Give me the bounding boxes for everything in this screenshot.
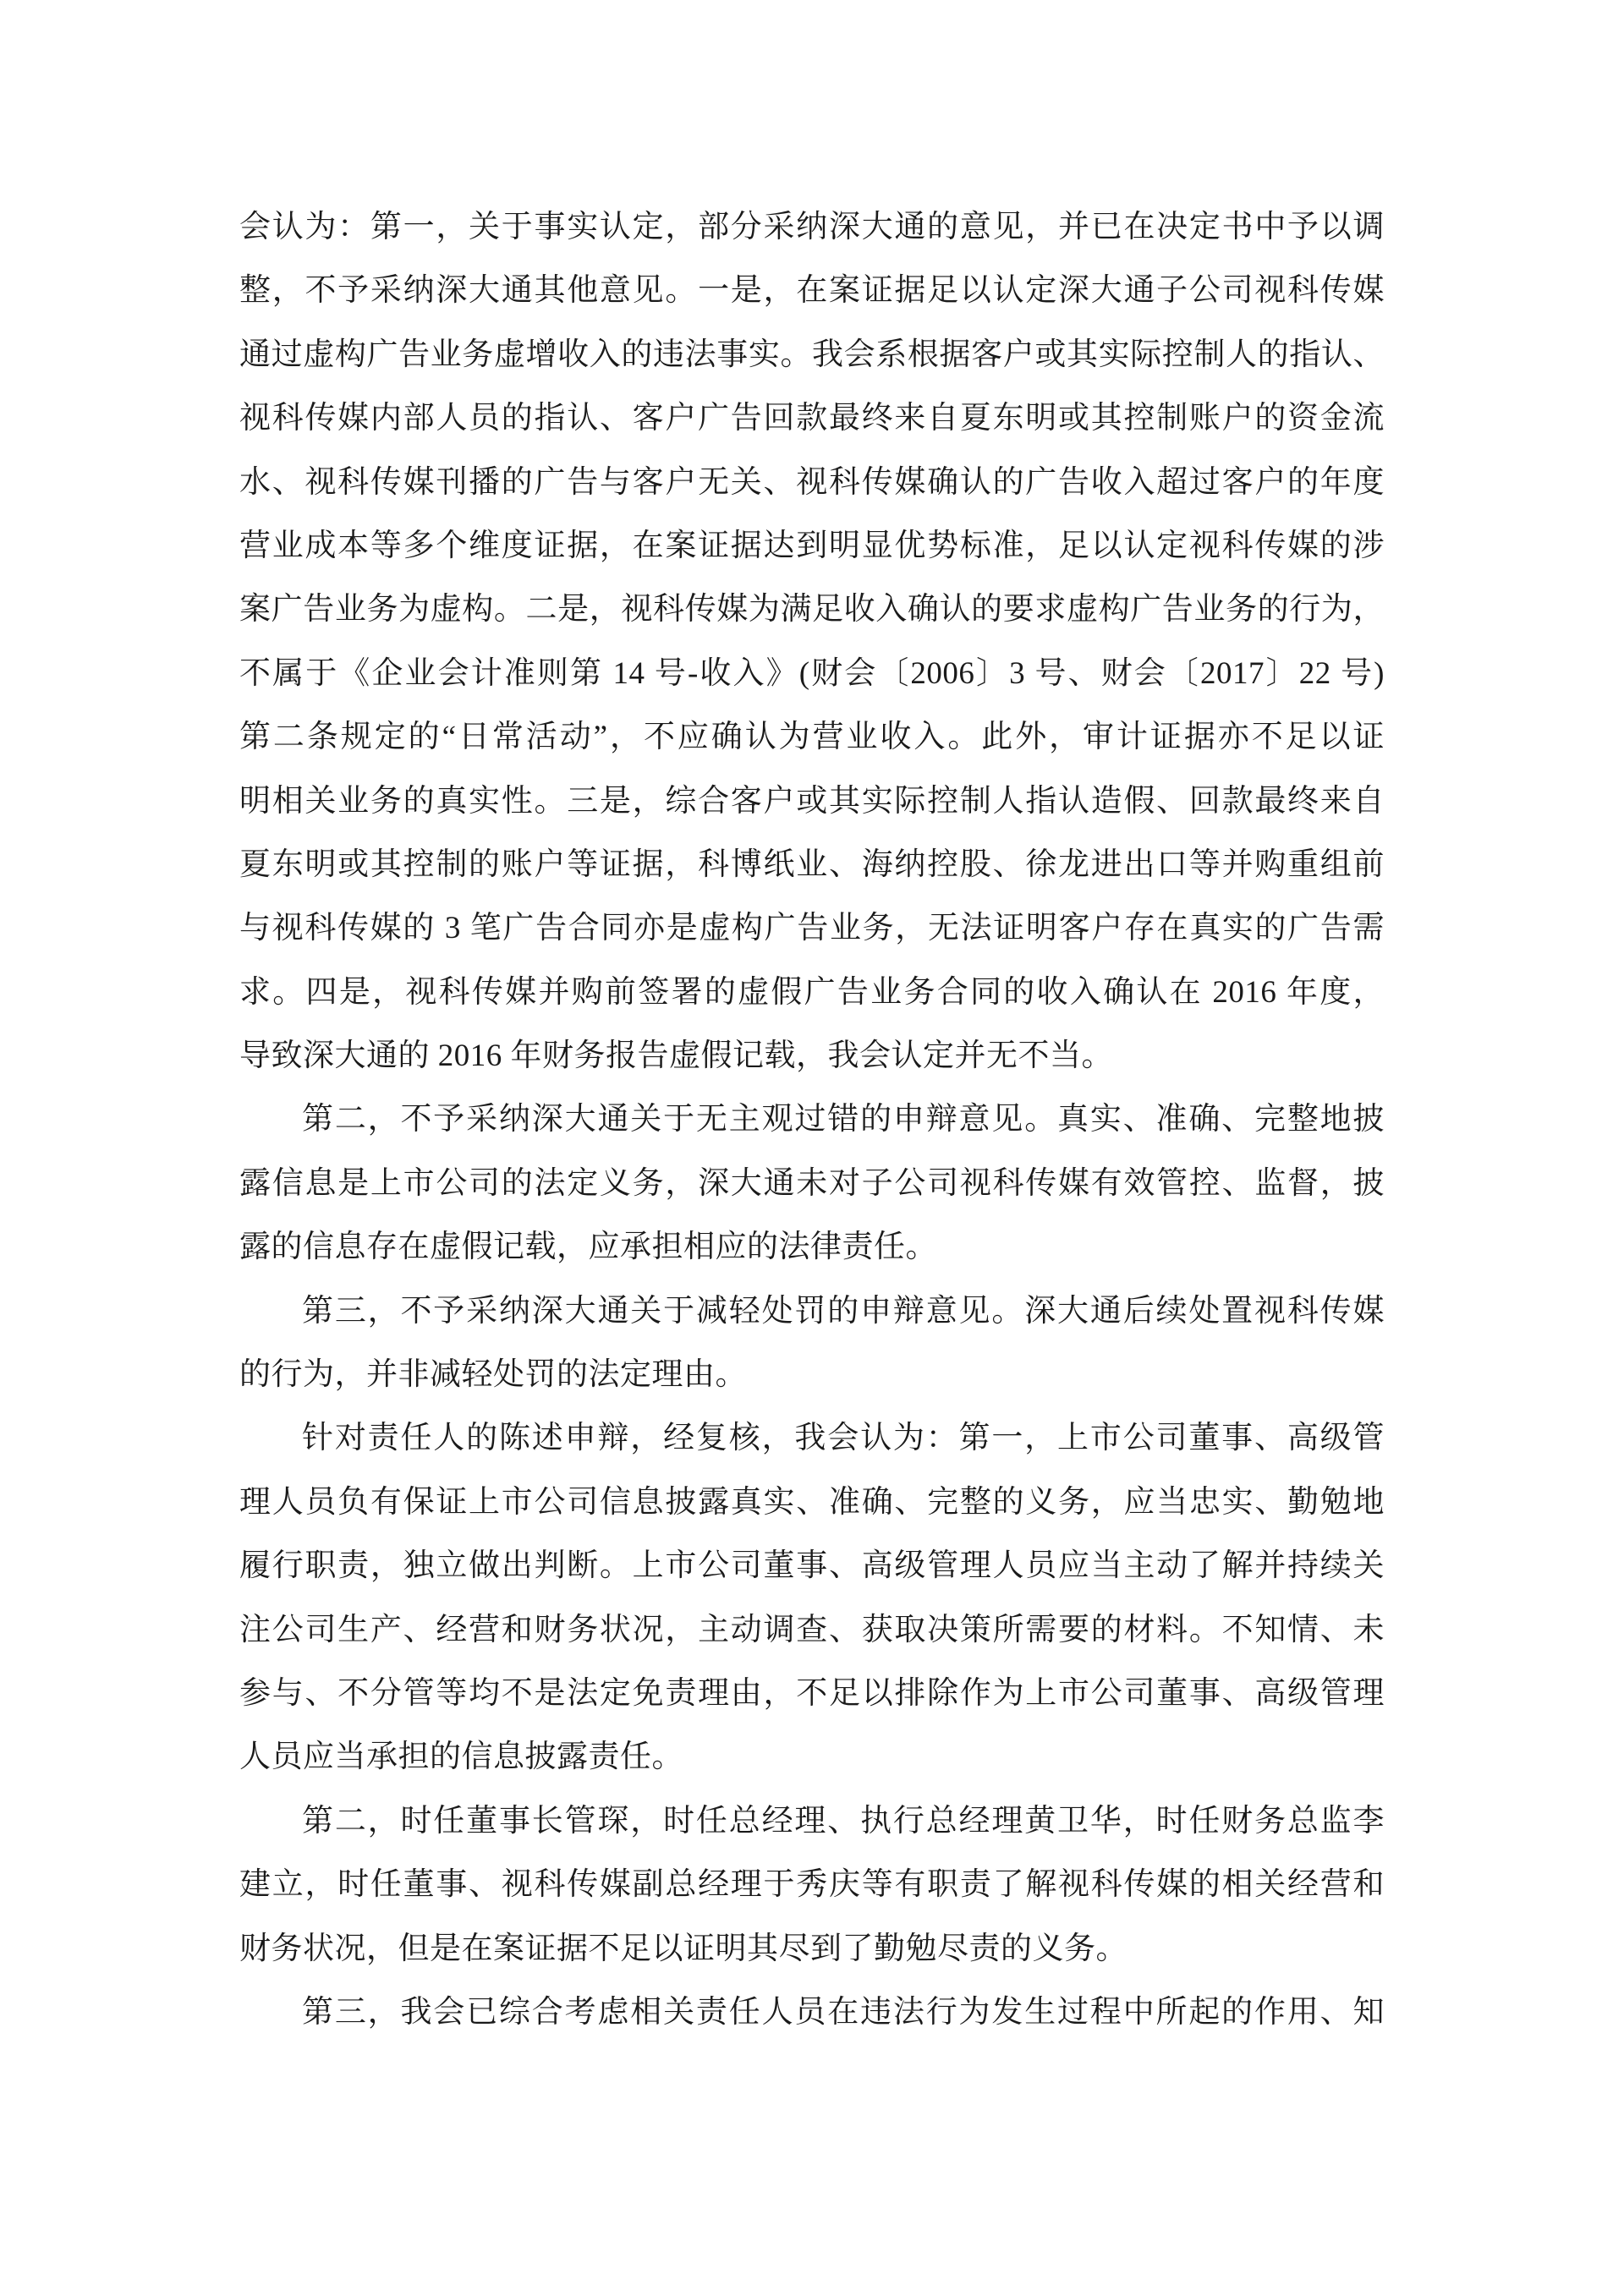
text-line: 导致深大通的 2016 年财务报告虚假记载，我会认定并无不当。 xyxy=(239,1024,1385,1088)
text-line: 案广告业务为虚构。二是，视科传媒为满足收入确认的要求虚构广告业务的行为， xyxy=(239,578,1385,641)
text-line: 履行职责，独立做出判断。上市公司董事、高级管理人员应当主动了解并持续关 xyxy=(239,1534,1385,1597)
text-line: 参与、不分管等均不是法定免责理由，不足以排除作为上市公司董事、高级管理 xyxy=(239,1662,1385,1725)
text-line: 会认为：第一，关于事实认定，部分采纳深大通的意见，并已在决定书中予以调 xyxy=(239,195,1385,259)
paragraph-3: 第三，不予采纳深大通关于减轻处罚的申辩意见。深大通后续处置视科传媒的行为，并非减… xyxy=(239,1280,1385,1407)
text-line: 露的信息存在虚假记载，应承担相应的法律责任。 xyxy=(239,1215,1385,1279)
text-line: 理人员负有保证上市公司信息披露真实、准确、完整的义务，应当忠实、勤勉地 xyxy=(239,1471,1385,1534)
text-line: 明相关业务的真实性。三是，综合客户或其实际控制人指认造假、回款最终来自 xyxy=(239,770,1385,833)
document-body-text: 会认为：第一，关于事实认定，部分采纳深大通的意见，并已在决定书中予以调整，不予采… xyxy=(239,195,1385,2044)
text-line: 通过虚构广告业务虚增收入的违法事实。我会系根据客户或其实际控制人的指认、 xyxy=(239,323,1385,386)
text-line: 人员应当承担的信息披露责任。 xyxy=(239,1725,1385,1789)
text-line: 第二，时任董事长管琛，时任总经理、执行总经理黄卫华，时任财务总监李 xyxy=(239,1789,1385,1853)
text-line: 财务状况，但是在案证据不足以证明其尽到了勤勉尽责的义务。 xyxy=(239,1917,1385,1981)
text-line: 营业成本等多个维度证据，在案证据达到明显优势标准，足以认定视科传媒的涉 xyxy=(239,514,1385,578)
text-line: 第三，我会已综合考虑相关责任人员在违法行为发生过程中所起的作用、知 xyxy=(239,1981,1385,2044)
paragraph-5: 第二，时任董事长管琛，时任总经理、执行总经理黄卫华，时任财务总监李建立，时任董事… xyxy=(239,1789,1385,1981)
text-line: 与视科传媒的 3 笔广告合同亦是虚构广告业务，无法证明客户存在真实的广告需 xyxy=(239,896,1385,960)
text-line: 第二，不予采纳深大通关于无主观过错的申辩意见。真实、准确、完整地披 xyxy=(239,1088,1385,1151)
paragraph-2: 第二，不予采纳深大通关于无主观过错的申辩意见。真实、准确、完整地披露信息是上市公… xyxy=(239,1088,1385,1279)
text-line: 第二条规定的“日常活动”，不应确认为营业收入。此外，审计证据亦不足以证 xyxy=(239,705,1385,769)
text-line: 视科传媒内部人员的指认、客户广告回款最终来自夏东明或其控制账户的资金流 xyxy=(239,386,1385,450)
paragraph-6: 第三，我会已综合考虑相关责任人员在违法行为发生过程中所起的作用、知 xyxy=(239,1981,1385,2044)
text-line: 整，不予采纳深大通其他意见。一是，在案证据足以认定深大通子公司视科传媒 xyxy=(239,259,1385,322)
text-line: 的行为，并非减轻处罚的法定理由。 xyxy=(239,1343,1385,1406)
text-line: 水、视科传媒刊播的广告与客户无关、视科传媒确认的广告收入超过客户的年度 xyxy=(239,451,1385,514)
paragraph-4: 针对责任人的陈述申辩，经复核，我会认为：第一，上市公司董事、高级管理人员负有保证… xyxy=(239,1406,1385,1789)
text-line: 注公司生产、经营和财务状况，主动调查、获取决策所需要的材料。不知情、未 xyxy=(239,1598,1385,1662)
text-line: 针对责任人的陈述申辩，经复核，我会认为：第一，上市公司董事、高级管 xyxy=(239,1406,1385,1470)
text-line: 不属于《企业会计准则第 14 号-收入》(财会〔2006〕3 号、财会〔2017… xyxy=(239,642,1385,705)
text-line: 第三，不予采纳深大通关于减轻处罚的申辩意见。深大通后续处置视科传媒 xyxy=(239,1280,1385,1343)
document-page: 会认为：第一，关于事实认定，部分采纳深大通的意见，并已在决定书中予以调整，不予采… xyxy=(0,0,1624,2296)
text-line: 求。四是，视科传媒并购前签署的虚假广告业务合同的收入确认在 2016 年度， xyxy=(239,961,1385,1024)
text-line: 露信息是上市公司的法定义务，深大通未对子公司视科传媒有效管控、监督，披 xyxy=(239,1152,1385,1215)
text-line: 建立，时任董事、视科传媒副总经理于秀庆等有职责了解视科传媒的相关经营和 xyxy=(239,1853,1385,1916)
text-line: 夏东明或其控制的账户等证据，科博纸业、海纳控股、徐龙进出口等并购重组前 xyxy=(239,833,1385,896)
paragraph-1: 会认为：第一，关于事实认定，部分采纳深大通的意见，并已在决定书中予以调整，不予采… xyxy=(239,195,1385,1088)
